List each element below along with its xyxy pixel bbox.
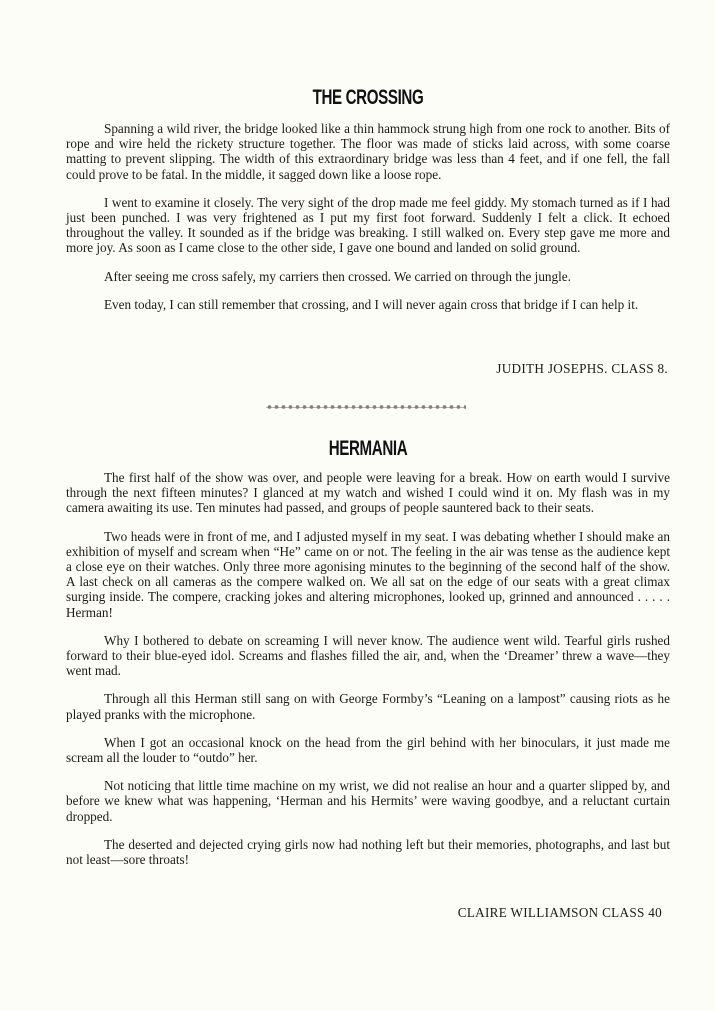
story-body-crossing: Spanning a wild river, the bridge looked… xyxy=(66,121,670,312)
paragraph: The deserted and dejected crying girls n… xyxy=(66,837,670,867)
paragraph: The first half of the show was over, and… xyxy=(66,470,670,516)
paragraph: When I got an occasional knock on the he… xyxy=(66,735,670,765)
paragraph: Through all this Herman still sang on wi… xyxy=(66,691,670,721)
ornamental-border-icon xyxy=(266,403,466,411)
story-title-crossing: THE CROSSING xyxy=(151,86,586,110)
story-body-hermania: The first half of the show was over, and… xyxy=(66,470,670,867)
author-signature-hermania: CLAIRE WILLIAMSON CLASS 40 xyxy=(458,905,662,921)
paragraph: Two heads were in front of me, and I adj… xyxy=(66,529,670,620)
paragraph: After seeing me cross safely, my carrier… xyxy=(66,269,670,284)
paragraph: Why I bothered to debate on screaming I … xyxy=(66,633,670,679)
paragraph: Even today, I can still remember that cr… xyxy=(66,297,670,312)
paragraph: I went to examine it closely. The very s… xyxy=(66,195,670,256)
story-title-hermania: HERMANIA xyxy=(151,437,586,461)
paragraph: Spanning a wild river, the bridge looked… xyxy=(66,121,670,182)
author-signature-crossing: JUDITH JOSEPHS. CLASS 8. xyxy=(496,361,668,377)
paragraph: Not noticing that little time machine on… xyxy=(66,778,670,824)
